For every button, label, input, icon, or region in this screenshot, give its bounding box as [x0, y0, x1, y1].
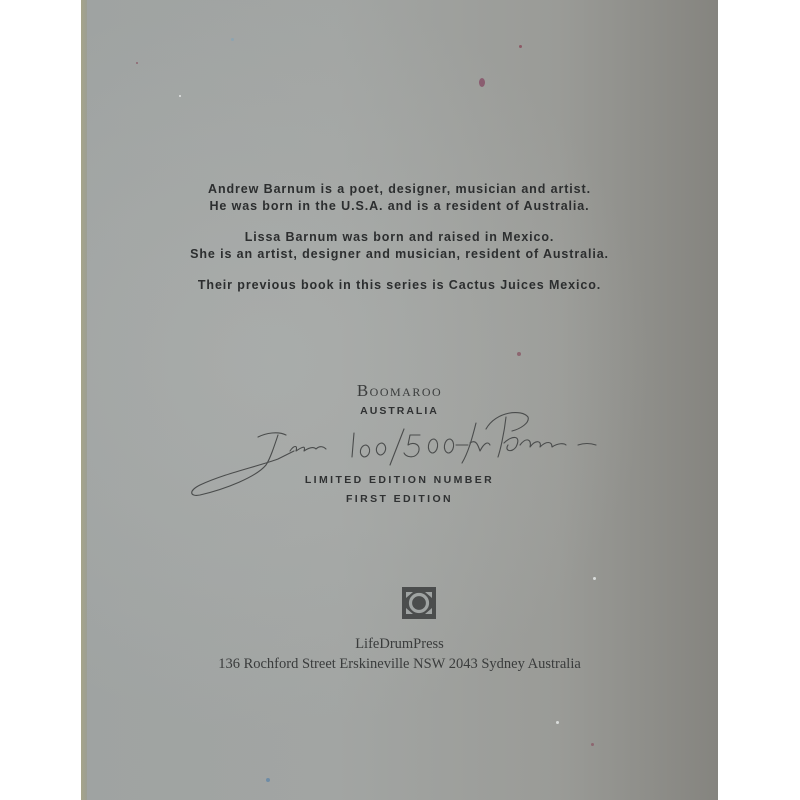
paper-speck: [266, 778, 270, 782]
bio-line: She is an artist, designer and musician,…: [81, 246, 718, 263]
paper-speck: [136, 62, 138, 64]
publisher-name: LifeDrumPress: [81, 636, 718, 653]
edition-label: LIMITED EDITION NUMBER: [81, 474, 718, 486]
lifedrum-logo-icon: [402, 587, 436, 619]
bio-line: Andrew Barnum is a poet, designer, music…: [81, 181, 718, 198]
book-page: Andrew Barnum is a poet, designer, music…: [81, 0, 718, 800]
paper-speck: [593, 577, 596, 580]
bio-line: He was born in the U.S.A. and is a resid…: [81, 198, 718, 215]
bio-paragraph-lissa: Lissa Barnum was born and raised in Mexi…: [81, 229, 718, 262]
paper-speck: [519, 45, 522, 48]
drum-logo-glyph: [402, 587, 436, 619]
paper-speck: [517, 352, 521, 356]
paper-speck: [479, 78, 485, 87]
author-bio: Andrew Barnum is a poet, designer, music…: [81, 181, 718, 309]
edition-printing: FIRST EDITION: [81, 493, 718, 505]
bio-paragraph-previous-book: Their previous book in this series is Ca…: [81, 277, 718, 294]
bio-line: Lissa Barnum was born and raised in Mexi…: [81, 229, 718, 246]
bio-paragraph-andrew: Andrew Barnum is a poet, designer, music…: [81, 181, 718, 214]
bio-line: Their previous book in this series is Ca…: [81, 277, 718, 294]
handwritten-signature: [186, 395, 636, 505]
paper-speck: [179, 95, 181, 97]
paper-speck: [556, 721, 559, 724]
paper-speck: [231, 38, 234, 41]
paper-speck: [591, 743, 594, 746]
publisher-address: 136 Rochford Street Erskineville NSW 204…: [81, 656, 718, 673]
